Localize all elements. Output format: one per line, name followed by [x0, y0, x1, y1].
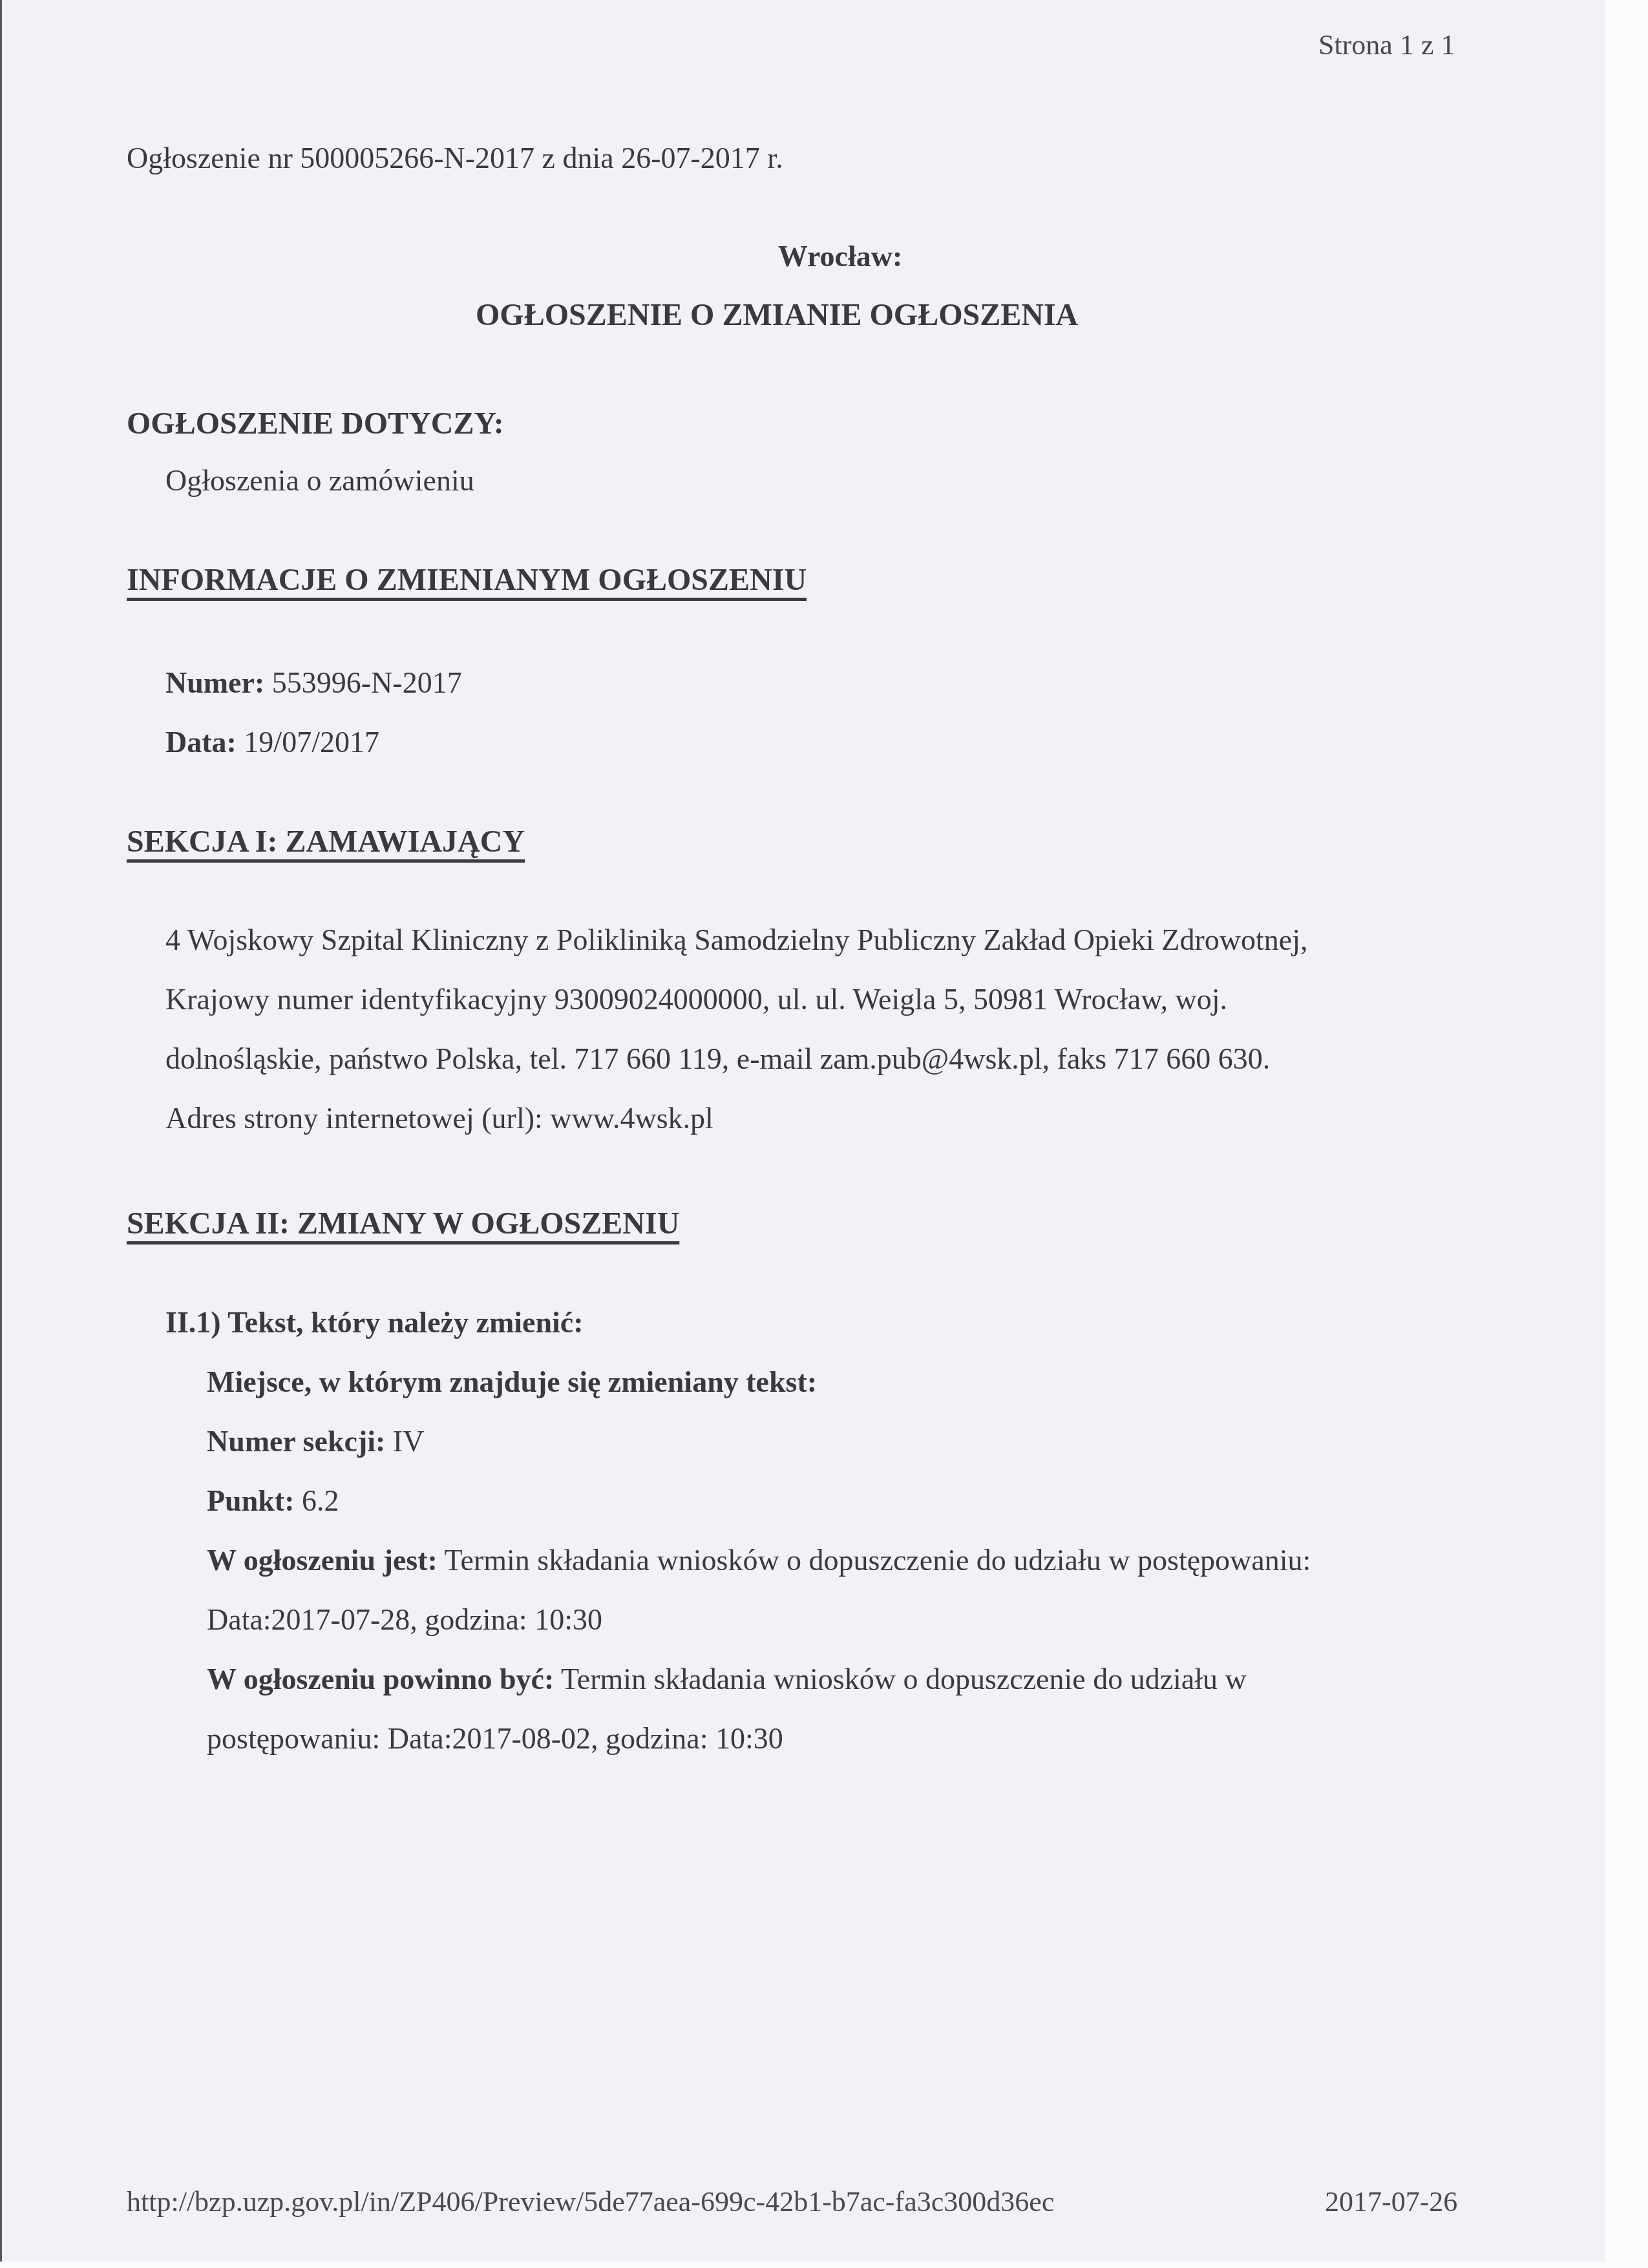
- point-label: Punkt:: [207, 1484, 294, 1517]
- point-value: 6.2: [302, 1484, 339, 1517]
- section-2-heading: SEKCJA II: ZMIANY W OGŁOSZENIU: [127, 1206, 679, 1241]
- page-indicator: Strona 1 z 1: [1318, 28, 1455, 61]
- section-number-row: Numer sekcji: IV: [207, 1424, 424, 1458]
- concerns-value: Ogłoszenia o zamówieniu: [165, 463, 474, 498]
- changed-notice-number: Numer: 553996-N-2017: [165, 666, 462, 700]
- notice-number-line: Ogłoszenie nr 500005266-N-2017 z dnia 26…: [127, 141, 783, 175]
- current-text-continued: Data:2017-07-28, godzina: 10:30: [207, 1602, 602, 1637]
- contracting-authority-line: dolnośląskie, państwo Polska, tel. 717 6…: [165, 1042, 1270, 1076]
- changed-notice-date: Data: 19/07/2017: [165, 725, 379, 759]
- section-1-heading: SEKCJA I: ZAMAWIAJĄCY: [127, 824, 525, 859]
- new-text-continued: postępowaniu: Data:2017-08-02, godzina: …: [207, 1721, 783, 1756]
- date-label: Data:: [165, 726, 237, 759]
- new-text-row: W ogłoszeniu powinno być: Termin składan…: [207, 1662, 1247, 1696]
- date-value: 19/07/2017: [244, 726, 379, 759]
- contracting-authority-line: 4 Wojskowy Szpital Kliniczny z Poliklini…: [165, 923, 1307, 957]
- notice-title: OGŁOSZENIE O ZMIANIE OGŁOSZENIA: [476, 297, 1078, 333]
- section-number-label: Numer sekcji:: [207, 1425, 385, 1458]
- section-2-subheading: II.1) Tekst, który należy zmienić:: [165, 1305, 584, 1339]
- contracting-authority-url-line: Adres strony internetowej (url): www.4ws…: [165, 1101, 713, 1135]
- changed-notice-heading: INFORMACJE O ZMIENIANYM OGŁOSZENIU: [127, 562, 807, 598]
- footer-date: 2017-07-26: [1325, 2185, 1457, 2218]
- notice-city: Wrocław:: [0, 239, 1603, 273]
- number-label: Numer:: [165, 666, 264, 699]
- number-value: 553996-N-2017: [272, 666, 462, 699]
- change-location-label: Miejsce, w którym znajduje się zmieniany…: [207, 1365, 817, 1399]
- current-text-value: Termin składania wniosków o dopuszczenie…: [445, 1544, 1311, 1577]
- current-text-row: W ogłoszeniu jest: Termin składania wnio…: [207, 1543, 1311, 1577]
- new-text-label: W ogłoszeniu powinno być:: [207, 1663, 554, 1696]
- concerns-label: OGŁOSZENIE DOTYCZY:: [127, 406, 504, 441]
- contracting-authority-line: Krajowy numer identyfikacyjny 9300902400…: [165, 982, 1227, 1016]
- section-number-value: IV: [393, 1425, 425, 1458]
- footer-url: http://bzp.uzp.gov.pl/in/ZP406/Preview/5…: [127, 2185, 1054, 2218]
- point-row: Punkt: 6.2: [207, 1484, 339, 1518]
- new-text-value: Termin składania wniosków o dopuszczenie…: [561, 1663, 1247, 1696]
- current-text-label: W ogłoszeniu jest:: [207, 1544, 438, 1577]
